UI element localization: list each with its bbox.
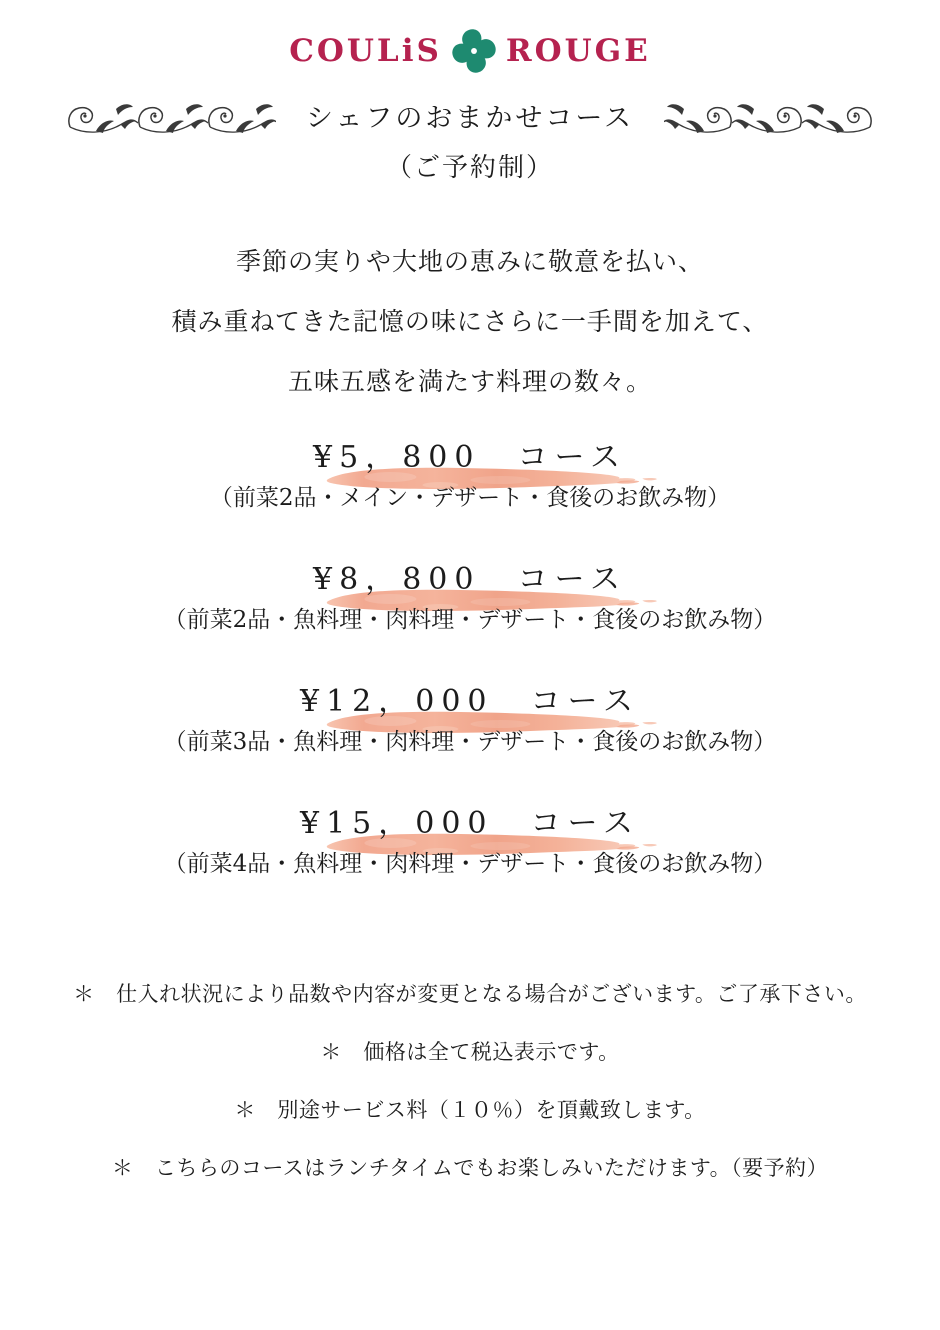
logo-text-rouge: ROUGE xyxy=(506,36,651,67)
vine-flourish-right-icon xyxy=(664,97,874,141)
restaurant-logo: COULiS ROUGE xyxy=(0,26,940,76)
course-price: ¥15，000 コース xyxy=(0,807,940,841)
course-description: （前菜2品・メイン・デザート・食後のお飲み物） xyxy=(0,483,940,513)
intro-line: 積み重ねてきた記憶の味にさらに一手間を加えて、 xyxy=(0,308,940,336)
intro-paragraph: 季節の実りや大地の恵みに敬意を払い、 積み重ねてきた記憶の味にさらに一手間を加え… xyxy=(0,248,940,396)
course-description: （前菜2品・魚料理・肉料理・デザート・食後のお飲み物） xyxy=(0,605,940,635)
page-subtitle: （ご予約制） xyxy=(0,147,940,184)
course-description: （前菜4品・魚料理・肉料理・デザート・食後のお飲み物） xyxy=(0,849,940,879)
footnotes: ＊ 仕入れ状況により品数や内容が変更となる場合がございます。ご了承下さい。 ＊ … xyxy=(0,979,940,1183)
course-item-15000: ¥15，000 コース （前菜4品・魚料理・肉料理・デザート・食後のお飲み物） xyxy=(0,807,940,879)
menu-page: { "logo": { "left": "COULiS", "right": "… xyxy=(0,0,940,1330)
course-price: ¥12，000 コース xyxy=(0,685,940,719)
course-price: ¥8，800 コース xyxy=(0,563,940,597)
course-price: ¥5，800 コース xyxy=(0,441,940,475)
note-lunch-available: ＊ こちらのコースはランチタイムでもお楽しみいただけます。（要予約） xyxy=(0,1153,940,1183)
page-title: シェフのおまかせコース xyxy=(306,103,634,135)
note-tax-included: ＊ 価格は全て税込表示です。 xyxy=(0,1037,940,1067)
course-list: ¥5，800 コース （前菜2品・メイン・デザート・食後のお飲み物） ¥8，80… xyxy=(0,441,940,879)
pinwheel-logo-icon xyxy=(451,26,497,76)
intro-line: 季節の実りや大地の恵みに敬意を払い、 xyxy=(0,248,940,276)
course-item-12000: ¥12，000 コース （前菜3品・魚料理・肉料理・デザート・食後のお飲み物） xyxy=(0,685,940,757)
note-service-charge: ＊ 別途サービス料（１０％）を頂戴致します。 xyxy=(0,1095,940,1125)
course-description: （前菜3品・魚料理・肉料理・デザート・食後のお飲み物） xyxy=(0,727,940,757)
course-item-5800: ¥5，800 コース （前菜2品・メイン・デザート・食後のお飲み物） xyxy=(0,441,940,513)
note-stock-change: ＊ 仕入れ状況により品数や内容が変更となる場合がございます。ご了承下さい。 xyxy=(0,979,940,1009)
intro-line: 五味五感を満たす料理の数々。 xyxy=(0,368,940,396)
vine-flourish-left-icon xyxy=(66,97,276,141)
title-row: シェフのおまかせコース xyxy=(0,97,940,141)
course-item-8800: ¥8，800 コース （前菜2品・魚料理・肉料理・デザート・食後のお飲み物） xyxy=(0,563,940,635)
logo-text-coulis: COULiS xyxy=(289,36,442,67)
